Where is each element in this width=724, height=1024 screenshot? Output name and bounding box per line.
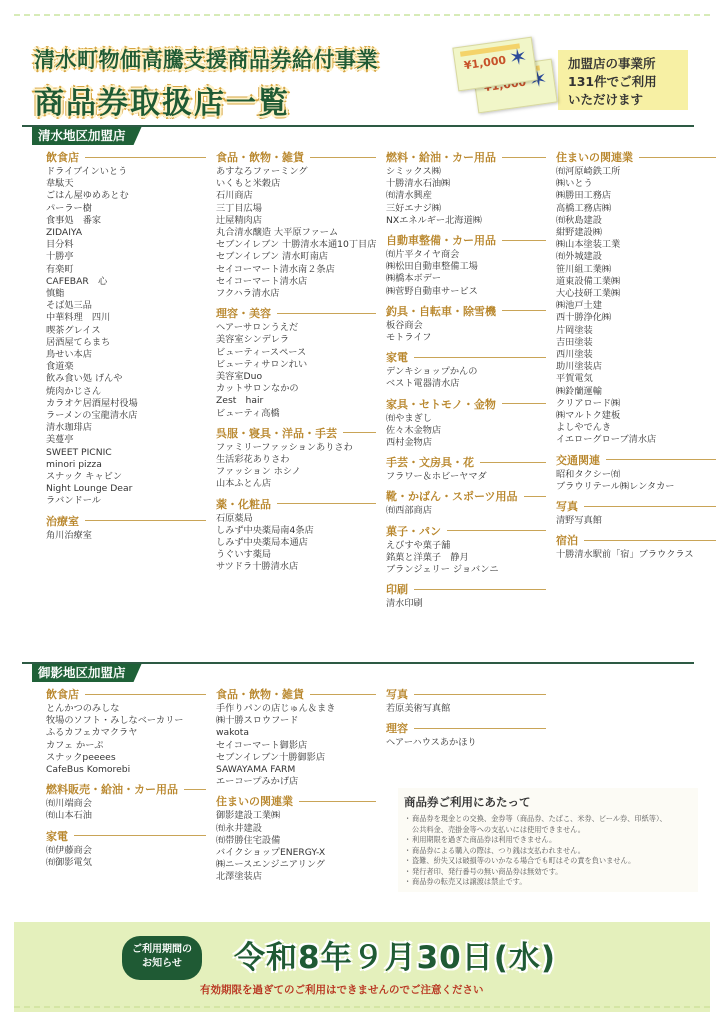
category-group: 家具・セトモノ・金物㈲やまぎし佐々木金物店西村金物店 [386, 397, 546, 450]
store-list-item: ファミリーファッションありさわ [216, 442, 376, 454]
category-title: 印刷 [386, 582, 546, 596]
top-dashed-border [14, 14, 710, 16]
category-group: 食品・飲物・雑貨あすなろファーミングいくもと米穀店石川商店三丁目広場辻屋精肉店丸… [216, 150, 376, 300]
store-list-item: うぐいす薬局 [216, 549, 376, 561]
store-list-item: 御影建設工業㈱ [216, 810, 376, 822]
note-item: 商品券の転売又は譲渡は禁止です。 [404, 877, 692, 888]
store-list-item: しみず中央薬局南4条店 [216, 525, 376, 537]
store-list-item: CAFEBAR 心 [46, 276, 206, 288]
category-group: 呉服・寝具・洋品・手芸ファミリーファッションありさわ生活彩花ありさわファッション… [216, 426, 376, 491]
store-list-item: ラバンドール [46, 495, 206, 507]
store-list-item: クリアロード㈱ [556, 398, 716, 410]
store-list-item: あすなろファーミング [216, 166, 376, 178]
title-block: 清水町物価高騰支援商品券給付事業 商品券取扱店一覧 [34, 44, 378, 122]
category-title: 写真 [386, 687, 546, 701]
category-group: 手芸・文房具・花フラワー＆ホビーヤマダ [386, 455, 546, 483]
category-title: 交通関連 [556, 453, 716, 467]
store-list-item: 道東設備工業㈱ [556, 276, 716, 288]
category-group: 飲食店とんかつのみしな牧場のソフト・みしなベーカリーふるカフェカマクラヤカフェ … [46, 687, 206, 776]
category-title: 飲食店 [46, 687, 206, 701]
store-list-item: 角川治療室 [46, 530, 206, 542]
store-list-item: ㈲片平タイヤ商会 [386, 249, 546, 261]
store-list-item: SAWAYAMA FARM [216, 764, 376, 776]
store-list-item: 食事処 番家 [46, 215, 206, 227]
category-title: 手芸・文房具・花 [386, 455, 546, 469]
store-list-item: 石原薬局 [216, 513, 376, 525]
category-rule [184, 789, 206, 790]
section-header-shimizu: 清水地区加盟店 [22, 125, 694, 145]
category-title: 燃料・給油・カー用品 [386, 150, 546, 164]
category-group: 写真清野写真館 [556, 499, 716, 527]
store-list-item: ㈱ニースエンジニアリング [216, 859, 376, 871]
store-list-item: ラーメンの宝龍清水店 [46, 410, 206, 422]
category-title: 家具・セトモノ・金物 [386, 397, 546, 411]
store-list-item: カラオケ居酒屋村役場 [46, 398, 206, 410]
section-header-mikage: 御影地区加盟店 [22, 662, 694, 682]
category-rule [502, 310, 546, 311]
category-title: 住まいの関連業 [556, 150, 716, 164]
category-title: 菓子・パン [386, 524, 546, 538]
category-rule [584, 540, 716, 541]
store-list-item: 十勝清水石油㈱ [386, 178, 546, 190]
store-list-item: 辻屋精肉店 [216, 215, 376, 227]
store-list-item: 平賀電気 [556, 373, 716, 385]
store-list-item: いくもと米穀店 [216, 178, 376, 190]
store-list-item: イエローグローブ清水店 [556, 434, 716, 446]
store-list-item: ㈲帯勝住宅設備 [216, 835, 376, 847]
category-title: 理容・美容 [216, 306, 376, 320]
store-list-item: 佐々木金物店 [386, 425, 546, 437]
category-group: 写真若原美術写真館 [386, 687, 546, 715]
store-list-item: パーラー樹 [46, 203, 206, 215]
store-list-item: とんかつのみしな [46, 703, 206, 715]
category-group: 住まいの関連業御影建設工業㈱㈲永井建設㈲帯勝住宅設備バイクショップENERGY-… [216, 794, 376, 883]
category-group: 治療室角川治療室 [46, 514, 206, 542]
store-list-item: Zest hair [216, 395, 376, 407]
store-list-item: 清水珈琲店 [46, 422, 206, 434]
store-list-item: シミックス㈱ [386, 166, 546, 178]
store-list-item: セブンイレブン 十勝清水本通10丁目店 [216, 239, 376, 251]
store-list-item: 手作りパンの店じゅん＆まき [216, 703, 376, 715]
store-list-item: 飲み食い処 げんや [46, 373, 206, 385]
category-group: 食品・飲物・雑貨手作りパンの店じゅん＆まき㈱十勝スロウフードwakotaセイコー… [216, 687, 376, 788]
store-list-item: SWEET PICNIC [46, 447, 206, 459]
store-list-item: ㈲外城建設 [556, 251, 716, 263]
store-list-item: ベスト電器清水店 [386, 378, 546, 390]
mikage-column-2: 食品・飲物・雑貨手作りパンの店じゅん＆まき㈱十勝スロウフードwakotaセイコー… [216, 687, 376, 890]
store-list-item: 三丁目広場 [216, 203, 376, 215]
category-group: 理容・美容ヘアーサロンうえだ美容室シンデレラビューティースペースビューティサロン… [216, 306, 376, 420]
category-group: 釣具・自転車・除雪機板谷商会モトライフ [386, 304, 546, 344]
store-list-item: 喫茶グレイス [46, 325, 206, 337]
category-rule [447, 530, 546, 531]
category-rule [299, 801, 376, 802]
category-rule [502, 240, 546, 241]
note-item: 商品券による購入の際は、つり銭は支払われません。 [404, 846, 692, 857]
category-title: 釣具・自転車・除雪機 [386, 304, 546, 318]
category-group: 菓子・パンえびすや菓子舗銘菓と洋菓子 静月ブランジェリー ジョバンニ [386, 524, 546, 577]
program-title: 清水町物価高騰支援商品券給付事業 [34, 44, 378, 74]
store-list-item: ごはん屋ゆめあとむ [46, 190, 206, 202]
store-list-item: 鳥せい本店 [46, 349, 206, 361]
store-list-item: ㈱いとう [556, 178, 716, 190]
store-list-item: 紺野建設㈱ [556, 227, 716, 239]
category-rule [502, 403, 546, 404]
store-list-item: ビューティサロンれい [216, 359, 376, 371]
category-group: 燃料・給油・カー用品シミックス㈱十勝清水石油㈱㈲清水興産三好エナジ㈱NXエネルギ… [386, 150, 546, 227]
store-list-item: セイコーマート御影店 [216, 740, 376, 752]
store-list-item: ㈱勝田工務店 [556, 190, 716, 202]
store-list-item: ㈲やまぎし [386, 413, 546, 425]
expiry-warning: 有効期限を過ぎてのご利用はできませんのでご注意ください [200, 982, 484, 997]
category-rule [414, 589, 546, 590]
store-list-item: ZIDAIYA [46, 227, 206, 239]
page-title: 商品券取扱店一覧 [34, 78, 378, 122]
store-list-item: 若原美術写真館 [386, 703, 546, 715]
category-rule [524, 496, 546, 497]
category-rule [310, 694, 376, 695]
category-rule [277, 313, 376, 314]
category-group: 印刷清水印刷 [386, 582, 546, 610]
note-item: 公共料金、売掛金等への支払いには使用できません。 [404, 825, 692, 836]
store-list-item: 西川塗装 [556, 349, 716, 361]
mikage-column-1: 飲食店とんかつのみしな牧場のソフト・みしなベーカリーふるカフェカマクラヤカフェ … [46, 687, 206, 875]
store-list-item: CafeBus Komorebi [46, 764, 206, 776]
category-rule [502, 157, 546, 158]
note-item: 利用期限を過ぎた商品券は利用できません。 [404, 835, 692, 846]
category-title: 食品・飲物・雑貨 [216, 687, 376, 701]
section-rule [22, 662, 694, 664]
store-list-item: スナックpeeees [46, 752, 206, 764]
category-group: 理容ヘアーハウスあかほり [386, 721, 546, 749]
store-list-item: ㈱池戸土建 [556, 300, 716, 312]
category-title: 燃料販売・給油・カー用品 [46, 782, 206, 796]
category-rule [414, 728, 546, 729]
category-group: 薬・化粧品石原薬局しみず中央薬局南4条店しみず中央薬局本通店うぐいす薬局サツドラ… [216, 497, 376, 574]
store-count-callout: 加盟店の事業所 131件でご利用 いただけます [558, 50, 688, 110]
category-title: 宿泊 [556, 533, 716, 547]
store-list-item: えびすや菓子舗 [386, 540, 546, 552]
store-list-item: 食道楽 [46, 361, 206, 373]
store-list-item: カフェ かーぷ [46, 740, 206, 752]
store-list-item: 西十勝浄化㈱ [556, 312, 716, 324]
category-group: 家電デンキショップかんのベスト電器清水店 [386, 350, 546, 390]
store-list-item: 西村金物店 [386, 437, 546, 449]
store-list-item: 慎鮨 [46, 288, 206, 300]
store-list-item: ファッション ホシノ [216, 466, 376, 478]
category-title: 自動車整備・カー用品 [386, 233, 546, 247]
note-item: 商品券を現金との交換、金券等（商品券、たばこ、米券、ビール券、印紙等）、 [404, 814, 692, 825]
store-list-item: ㈲河原崎鉄工所 [556, 166, 716, 178]
period-notice-badge: ご利用期間の お知らせ [122, 936, 202, 980]
store-list-item: ㈲山本石油 [46, 810, 206, 822]
store-list-item: 目分料 [46, 239, 206, 251]
category-rule [85, 157, 206, 158]
category-group: 靴・かばん・スポーツ用品㈲西部商店 [386, 489, 546, 517]
store-list-item: 丸合清水醸造 大平原ファーム [216, 227, 376, 239]
store-list-item: ㈲清水興産 [386, 190, 546, 202]
store-list-item: セイコーマート清水店 [216, 276, 376, 288]
expiry-date: 令和8年９月30日(水) [234, 932, 556, 977]
notes-title: 商品券ご利用にあたって [404, 794, 692, 810]
store-list-item: 助川塗装店 [556, 361, 716, 373]
category-rule [85, 520, 206, 521]
store-list-item: フクハラ清水店 [216, 288, 376, 300]
category-group: 自動車整備・カー用品㈲片平タイヤ商会㈱松田自動車整備工場㈱橋本ボデー㈱菅野自動車… [386, 233, 546, 298]
store-list-item: ㈲西部商店 [386, 505, 546, 517]
store-list-item: 牧場のソフト・みしなベーカリー [46, 715, 206, 727]
section-rule [22, 125, 694, 127]
store-list-item: 焼肉かじさん [46, 386, 206, 398]
store-list-item: ㈱鈴蘭運輸 [556, 386, 716, 398]
validity-period-banner: ご利用期間の お知らせ 令和8年９月30日(水) 有効期限を過ぎてのご利用はでき… [14, 922, 710, 1012]
store-list-item: 笹川組工業㈱ [556, 264, 716, 276]
store-list-item: ブランジェリー ジョバンニ [386, 564, 546, 576]
category-title: 靴・かばん・スポーツ用品 [386, 489, 546, 503]
section-label: 清水地区加盟店 [32, 127, 142, 145]
category-group: 住まいの関連業㈲河原崎鉄工所㈱いとう㈱勝田工務店高橋工務店㈱㈲秋島建設紺野建設㈱… [556, 150, 716, 447]
category-group: 交通関連昭和タクシー㈲ブラウリテール㈱レンタカー [556, 453, 716, 493]
category-title: 治療室 [46, 514, 206, 528]
store-list-item: サツドラ十勝清水店 [216, 561, 376, 573]
store-list-item: スナック キャビン [46, 471, 206, 483]
store-list-item: そば処三品 [46, 300, 206, 312]
category-title: 住まいの関連業 [216, 794, 376, 808]
store-list-item: ㈱菅野自動車サービス [386, 286, 546, 298]
store-list-item: ヘアーサロンうえだ [216, 322, 376, 334]
shimizu-column-2: 食品・飲物・雑貨あすなろファーミングいくもと米穀店石川商店三丁目広場辻屋精肉店丸… [216, 150, 376, 580]
store-list-item: ㈲伊藤商会 [46, 845, 206, 857]
store-list-item: ㈲御影電気 [46, 857, 206, 869]
store-list-item: セイコーマート清水南２条店 [216, 264, 376, 276]
store-list-item: 美容室Duo [216, 371, 376, 383]
store-list-item: 大心技研工業㈱ [556, 288, 716, 300]
category-title: 食品・飲物・雑貨 [216, 150, 376, 164]
store-list-item: エーコープみかげ店 [216, 776, 376, 788]
category-group: 家電㈲伊藤商会㈲御影電気 [46, 829, 206, 869]
store-list-item: 銘菓と洋菓子 静月 [386, 552, 546, 564]
store-list-item: Night Lounge Dear [46, 483, 206, 495]
store-list-item: ㈱十勝スロウフード [216, 715, 376, 727]
note-item: 発行者印、発行番号の無い商品券は無効です。 [404, 867, 692, 878]
section-label: 御影地区加盟店 [32, 664, 142, 682]
category-rule [606, 459, 716, 460]
store-list-item: wakota [216, 727, 376, 739]
store-list-item: 韋駄天 [46, 178, 206, 190]
store-list-item: ㈱山本塗装工業 [556, 239, 716, 251]
shimizu-column-3: 燃料・給油・カー用品シミックス㈱十勝清水石油㈱㈲清水興産三好エナジ㈱NXエネルギ… [386, 150, 546, 616]
store-list-item: ㈱松田自動車整備工場 [386, 261, 546, 273]
category-group: 宿泊十勝清水駅前「宿」ブラウクラス [556, 533, 716, 561]
store-list-item: minori pizza [46, 459, 206, 471]
store-list-item: ヘアーハウスあかほり [386, 737, 546, 749]
category-title: 理容 [386, 721, 546, 735]
store-list-item: 石川商店 [216, 190, 376, 202]
mikage-column-3: 写真若原美術写真館理容ヘアーハウスあかほり [386, 687, 546, 755]
category-title: 薬・化粧品 [216, 497, 376, 511]
category-rule [480, 462, 546, 463]
store-list-item: 十勝亭 [46, 251, 206, 263]
category-group: 飲食店ドライブインいとう韋駄天ごはん屋ゆめあとむパーラー樹食事処 番家ZIDAI… [46, 150, 206, 508]
category-title: 呉服・寝具・洋品・手芸 [216, 426, 376, 440]
store-list-item: 有楽町 [46, 264, 206, 276]
store-list-item: 中華料理 四川 [46, 312, 206, 324]
store-list-item: セブンイレブン 清水町南店 [216, 251, 376, 263]
store-list-item: 生活彩花ありさわ [216, 454, 376, 466]
category-rule [639, 157, 716, 158]
store-list-item: 清水印刷 [386, 598, 546, 610]
store-list-item: 美蔓亭 [46, 434, 206, 446]
store-list-item: バイクショップENERGY-X [216, 847, 376, 859]
category-group: 燃料販売・給油・カー用品㈲川端商会㈲山本石油 [46, 782, 206, 822]
shimizu-column-4: 住まいの関連業㈲河原崎鉄工所㈱いとう㈱勝田工務店高橋工務店㈱㈲秋島建設紺野建設㈱… [556, 150, 716, 567]
store-list-item: 十勝清水駅前「宿」ブラウクラス [556, 549, 716, 561]
store-list-item: 居酒屋てらまち [46, 337, 206, 349]
store-list-item: ㈲秋島建設 [556, 215, 716, 227]
store-list-item: ドライブインいとう [46, 166, 206, 178]
category-title: 家電 [386, 350, 546, 364]
category-rule [343, 432, 376, 433]
store-list-item: ビューティ高橋 [216, 408, 376, 420]
category-rule [277, 503, 376, 504]
store-list-item: 三好エナジ㈱ [386, 203, 546, 215]
store-list-item: ビューティースペース [216, 347, 376, 359]
store-list-item: 山本ふとん店 [216, 478, 376, 490]
category-rule [584, 506, 716, 507]
category-title: 飲食店 [46, 150, 206, 164]
category-title: 写真 [556, 499, 716, 513]
store-list-item: ㈲永井建設 [216, 823, 376, 835]
note-item: 盗難、紛失又は破損等のいかなる場合でも町はその責を負いません。 [404, 856, 692, 867]
store-list-item: 美容室シンデレラ [216, 334, 376, 346]
store-list-item: よしやでんき [556, 422, 716, 434]
store-list-item: モトライフ [386, 332, 546, 344]
category-rule [414, 694, 546, 695]
store-list-item: デンキショップかんの [386, 366, 546, 378]
usage-notes: 商品券ご利用にあたって 商品券を現金との交換、金券等（商品券、たばこ、米券、ビー… [398, 788, 698, 892]
store-list-item: 北澤塗装店 [216, 871, 376, 883]
store-list-item: しみず中央薬局本通店 [216, 537, 376, 549]
store-list-item: 清野写真館 [556, 515, 716, 527]
store-list-item: ふるカフェカマクラヤ [46, 727, 206, 739]
category-rule [74, 835, 206, 836]
store-list-item: 板谷商会 [386, 320, 546, 332]
category-title: 家電 [46, 829, 206, 843]
store-list-item: ㈱マルトク建板 [556, 410, 716, 422]
store-list-item: 吉田塗装 [556, 337, 716, 349]
category-rule [414, 357, 546, 358]
store-list-item: セブンイレブン十勝御影店 [216, 752, 376, 764]
store-list-item: ㈱橋本ボデー [386, 273, 546, 285]
store-list-item: 片岡塗装 [556, 325, 716, 337]
store-list-item: 高橋工務店㈱ [556, 203, 716, 215]
shimizu-column-1: 飲食店ドライブインいとう韋駄天ごはん屋ゆめあとむパーラー樹食事処 番家ZIDAI… [46, 150, 206, 548]
store-list-item: フラワー＆ホビーヤマダ [386, 471, 546, 483]
store-list-item: カットサロンなかの [216, 383, 376, 395]
category-rule [310, 157, 376, 158]
store-list-item: 昭和タクシー㈲ [556, 469, 716, 481]
store-list-item: NXエネルギー北海道㈱ [386, 215, 546, 227]
store-list-item: ブラウリテール㈱レンタカー [556, 481, 716, 493]
store-list-item: ㈲川端商会 [46, 798, 206, 810]
category-rule [85, 694, 206, 695]
star-icon: ✶ [508, 47, 529, 71]
